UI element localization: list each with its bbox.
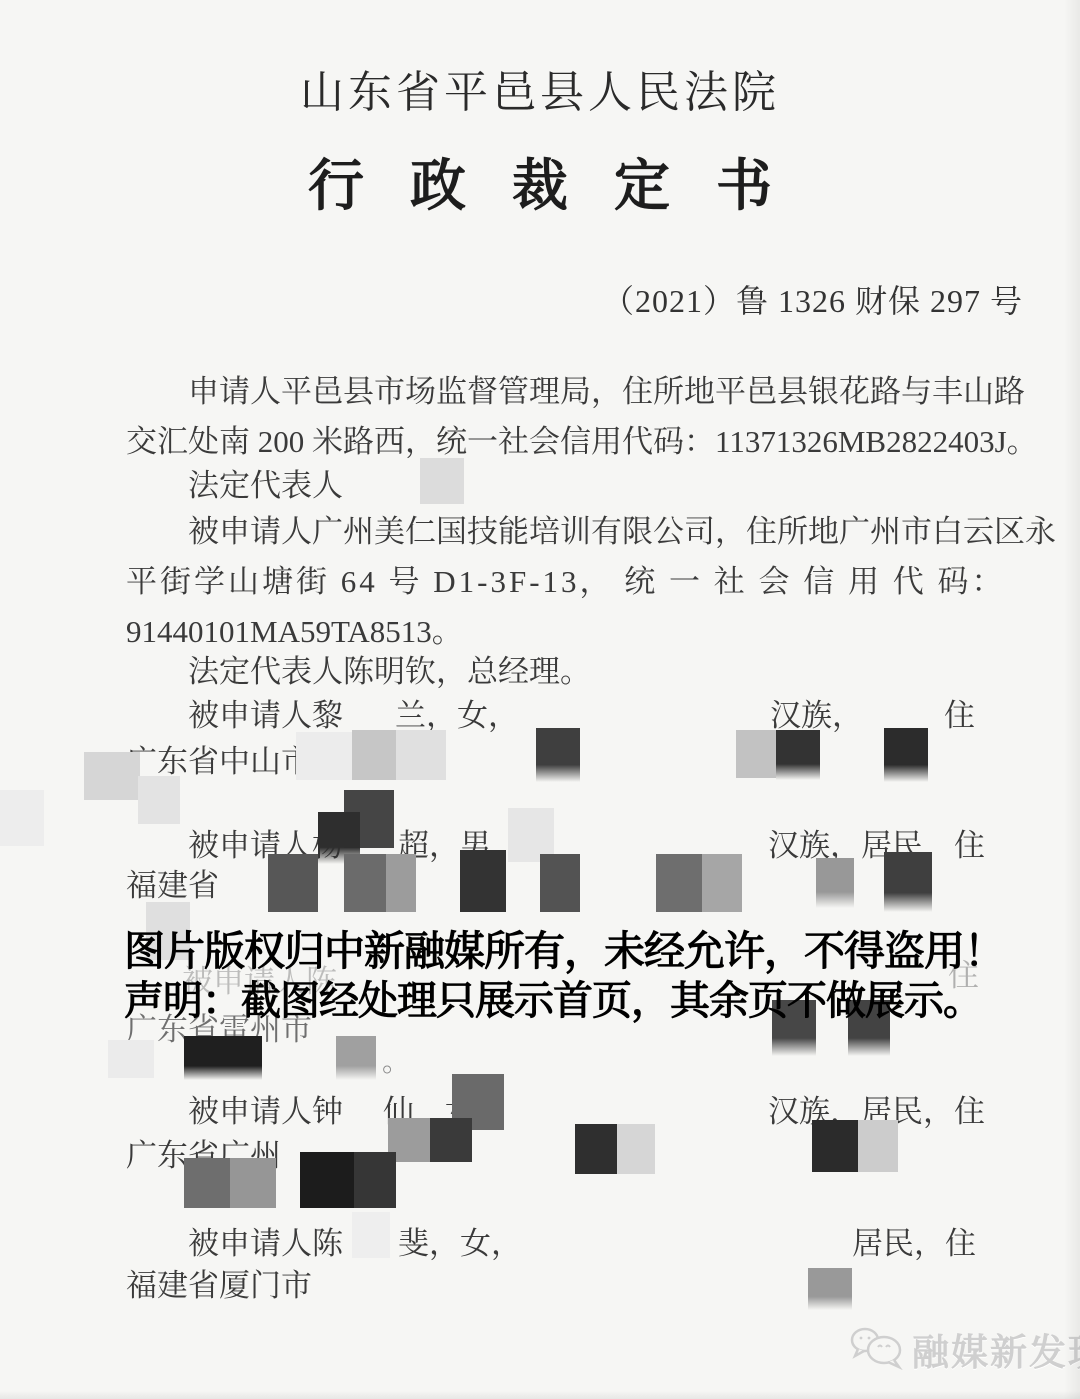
respondent1-line-3: 91440101MA59TA8513。 [126, 606, 463, 651]
redaction-r2-b [352, 730, 396, 780]
redaction-r2-e [736, 730, 776, 778]
respondent2-given: 兰，女， [395, 690, 519, 735]
redaction-r2-f [776, 730, 820, 780]
logo-text: 融媒新发现 [912, 1322, 1080, 1376]
redaction-r5-g [858, 1120, 898, 1172]
redaction-r3-h [656, 854, 702, 912]
respondent6-resid: 居民，住 [852, 1218, 976, 1263]
redaction-r2-c [396, 730, 446, 780]
court-name: 山东省平邑县人民法院 [0, 56, 1080, 120]
redaction-low-b [230, 1158, 276, 1208]
redaction-low-c [300, 1152, 354, 1208]
redaction-r3-f [460, 850, 506, 912]
scan-bottom-shadow [0, 1391, 1080, 1399]
redaction-r5-c [430, 1118, 472, 1162]
redaction-scatter-c [0, 790, 44, 846]
redaction-r3-j [816, 858, 854, 908]
redaction-row-c [336, 1036, 376, 1080]
redaction-r3-i [702, 854, 742, 912]
redaction-r2-d [536, 728, 580, 782]
redaction-r2-a [296, 732, 352, 780]
respondent3-address: 福建省 [126, 860, 219, 905]
respondent1-line-1: 被申请人广州美仁国技能培训有限公司，住所地广州市白云区永 [188, 506, 1056, 551]
respondent2-address: 广东省中山市 [126, 736, 312, 781]
respondent2-resid: 住 [944, 690, 975, 735]
redaction-low-d [354, 1152, 396, 1208]
respondent1-legal-rep: 法定代表人陈明钦，总经理。 [188, 646, 591, 691]
redaction-r3-c [268, 854, 318, 912]
redaction-scatter-a [84, 752, 140, 800]
redaction-r3-e [386, 854, 416, 912]
redaction-r2-g [884, 728, 928, 782]
respondent3-ethnic: 汉族，居民，住 [768, 820, 985, 865]
respondent6-address: 福建省厦门市 [126, 1260, 312, 1305]
redaction-row-b [184, 1036, 262, 1080]
redaction-legalrep [420, 458, 464, 504]
applicant-line-2: 交汇处南 200 米路西，统一社会信用代码：11371326MB2822403J… [126, 416, 1038, 461]
respondent2-name: 被申请人黎 [188, 690, 343, 735]
redaction-r5-e [617, 1124, 655, 1174]
publisher-logo: 融媒新发现 [848, 1322, 1080, 1376]
redaction-low-a [184, 1158, 230, 1208]
legal-rep-label: 法定代表人 [188, 460, 343, 505]
respondent1-line-2: 平街学山塘街 64 号 D1-3F-13， 统 一 社 会 信 用 代 码： [126, 556, 1006, 601]
redaction-r3-d [344, 854, 386, 912]
scan-edge-shadow [1064, 0, 1080, 1399]
case-number: （2021）鲁 1326 财保 297 号 [602, 276, 1023, 322]
redaction-scatter-b [138, 776, 180, 824]
redaction-r3-k [884, 852, 932, 912]
respondent6-name: 被申请人陈 [188, 1218, 343, 1263]
redaction-row-a [108, 1040, 154, 1078]
document-title: 行政裁定书 [0, 142, 1080, 222]
applicant-line-1: 申请人平邑县市场监督管理局，住所地平邑县银花路与丰山路 [188, 366, 1025, 411]
period-mark: 。 [382, 1040, 410, 1080]
scanned-court-document: 山东省平邑县人民法院 行政裁定书 （2021）鲁 1326 财保 297 号 申… [0, 0, 1080, 1399]
respondent2-ethnic: 汉族， [770, 690, 863, 735]
redaction-r3-g [540, 854, 580, 912]
respondent6-given: 斐，女， [398, 1218, 522, 1263]
redaction-r5-f [812, 1120, 858, 1172]
respondent5-name: 被申请人钟 [188, 1086, 343, 1131]
redaction-r6-b [808, 1268, 852, 1310]
redaction-r6-a [352, 1212, 390, 1258]
redaction-r5-d [575, 1124, 617, 1174]
copyright-watermark-line2: 声明：截图经处理只展示首页，其余页不做展示。 [124, 969, 982, 1026]
chat-bubbles-icon [848, 1323, 906, 1376]
